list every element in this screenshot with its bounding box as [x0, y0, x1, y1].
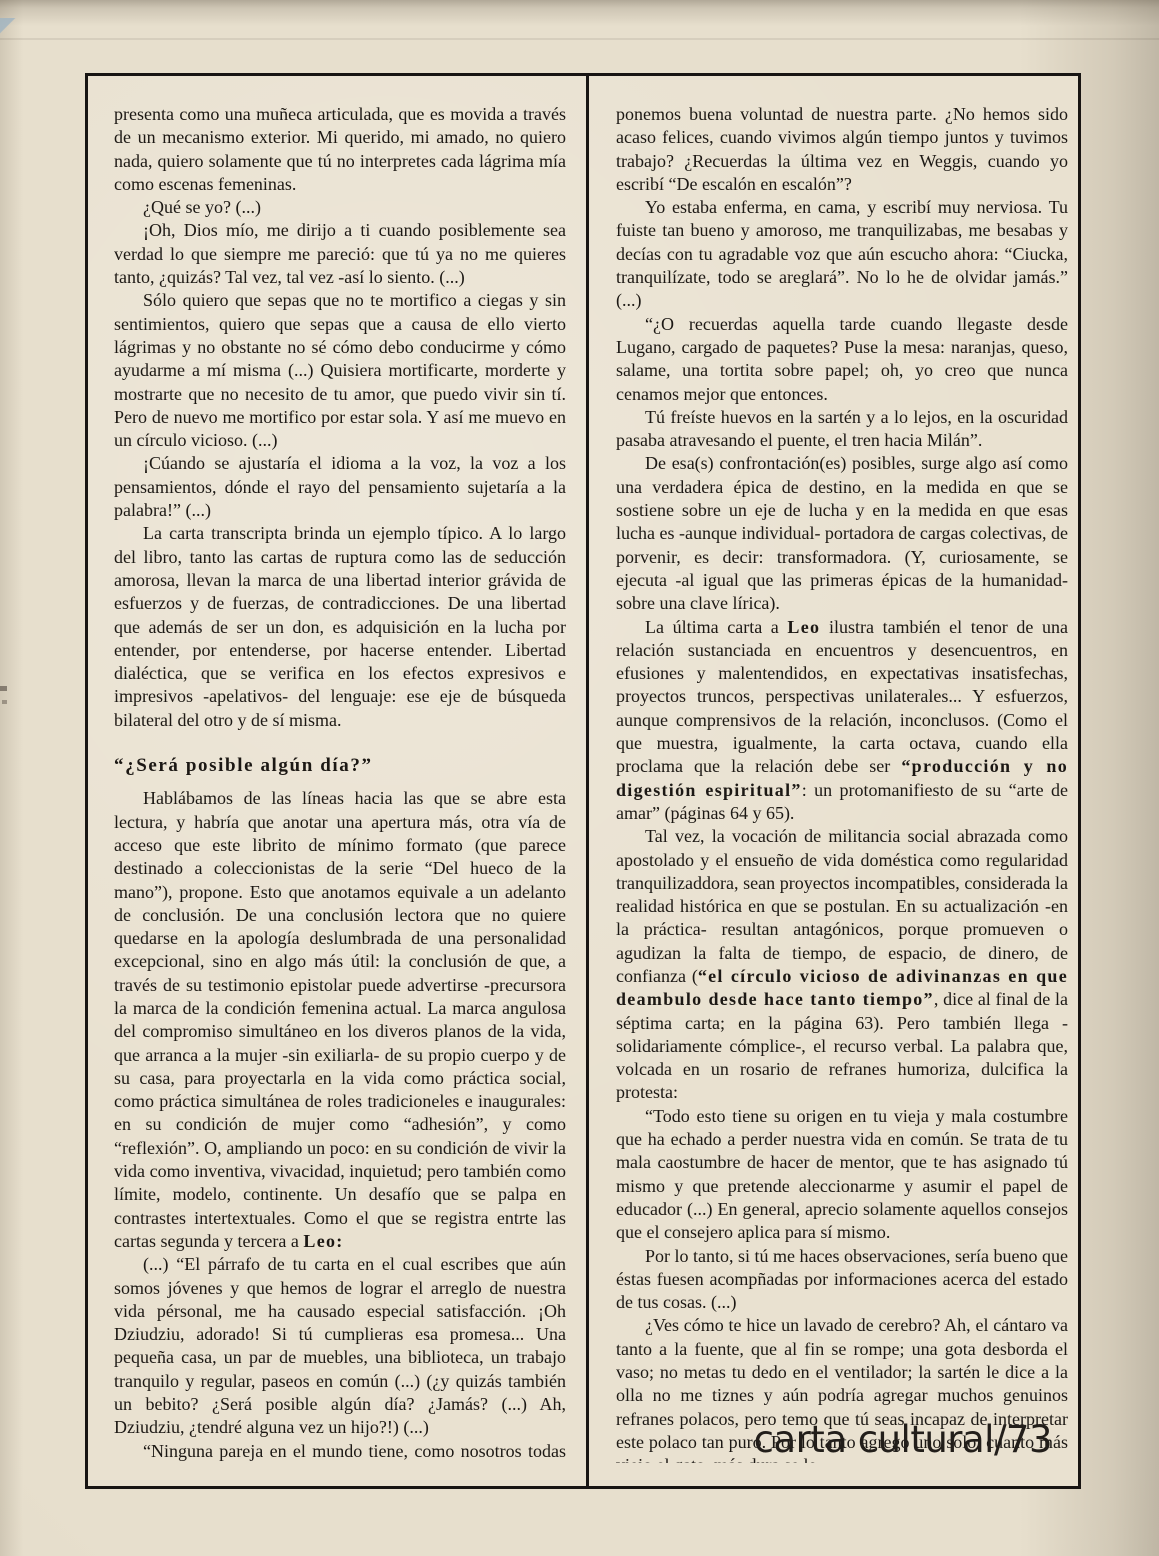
paragraph: (...) “El párrafo de tu carta en el cual… — [114, 1253, 566, 1439]
right-text-column: ponemos buena voluntad de nuestra parte.… — [616, 103, 1068, 1463]
column-divider-rule — [586, 76, 589, 1486]
text-run: ponemos buena voluntad de nuestra parte.… — [616, 104, 1068, 194]
text-run: De esa(s) confrontación(es) posibles, su… — [616, 453, 1068, 613]
paragraph: ¿Qué se yo? (...) — [114, 196, 566, 219]
paper-edge-mark — [0, 686, 7, 691]
paragraph: Yo estaba enferma, en cama, y escribí mu… — [616, 196, 1068, 312]
section-heading: “¿Será posible algún día?” — [114, 754, 566, 777]
paragraph: La última carta a Leo ilustra también el… — [616, 616, 1068, 826]
text-run: ¡Oh, Dios mío, me dirijo a ti cuando pos… — [114, 220, 566, 287]
paragraph: ¡Oh, Dios mío, me dirijo a ti cuando pos… — [114, 219, 566, 289]
text-run: “Todo esto tiene su origen en tu vieja y… — [616, 1106, 1068, 1242]
magazine-footer-title: carta cultural/73 — [754, 1418, 1052, 1461]
text-run: Yo estaba enferma, en cama, y escribí mu… — [616, 197, 1068, 310]
text-run: Tú freíste huevos en la sartén y a lo le… — [616, 407, 1068, 450]
paragraph: Sólo quiero que sepas que no te mortific… — [114, 289, 566, 452]
paragraph: Hablábamos de las líneas hacia las que s… — [114, 787, 566, 1253]
paragraph: “Todo esto tiene su origen en tu vieja y… — [616, 1105, 1068, 1245]
paragraph: Tal vez, la vocación de militancia socia… — [616, 825, 1068, 1105]
text-run: La carta transcripta brinda un ejemplo t… — [114, 523, 566, 729]
paragraph: De esa(s) confrontación(es) posibles, su… — [616, 452, 1068, 615]
paragraph: “Ninguna pareja en el mundo tiene, como … — [114, 1440, 566, 1463]
text-run: Hablábamos de las líneas hacia las que s… — [114, 788, 566, 1251]
text-run: ilustra también el tenor de una relación… — [616, 617, 1068, 777]
paragraph: presenta como una muñeca articulada, que… — [114, 103, 566, 196]
text-run: ¿Qué se yo? (...) — [143, 197, 261, 217]
paragraph: ¡Cúando se ajustaría el idioma a la voz,… — [114, 452, 566, 522]
text-run: presenta como una muñeca articulada, que… — [114, 104, 566, 194]
paragraph: Tú freíste huevos en la sartén y a lo le… — [616, 406, 1068, 453]
text-run: Sólo quiero que sepas que no te mortific… — [114, 290, 566, 450]
paper-edge-mark — [2, 700, 7, 704]
paragraph: ponemos buena voluntad de nuestra parte.… — [616, 103, 1068, 196]
text-run: ¡Cúando se ajustaría el idioma a la voz,… — [114, 453, 566, 520]
text-run: (...) “El párrafo de tu carta en el cual… — [114, 1254, 566, 1437]
text-run: “Ninguna pareja en el mundo tiene, como … — [114, 1441, 566, 1463]
article-border-frame: presenta como una muñeca articulada, que… — [85, 73, 1081, 1489]
text-run: “¿Será posible algún día?” — [114, 755, 373, 776]
text-run: Por lo tanto, si tú me haces observacion… — [616, 1246, 1068, 1313]
emphasized-text: Leo: — [303, 1231, 343, 1251]
emphasized-text: Leo — [787, 617, 820, 637]
page-fold-mark — [0, 18, 16, 34]
scan-artifact-line — [0, 38, 1159, 40]
text-run: La última carta a — [645, 617, 787, 637]
left-text-column: presenta como una muñeca articulada, que… — [114, 103, 566, 1463]
paragraph: “¿O recuerdas aquella tarde cuando llega… — [616, 313, 1068, 406]
text-run: Tal vez, la vocación de militancia socia… — [616, 826, 1068, 986]
text-run: “¿O recuerdas aquella tarde cuando llega… — [616, 314, 1068, 404]
scanned-magazine-page: { "footer": { "label": "carta cultural/7… — [0, 0, 1159, 1556]
paragraph: Por lo tanto, si tú me haces observacion… — [616, 1245, 1068, 1315]
paragraph: La carta transcripta brinda un ejemplo t… — [114, 522, 566, 732]
